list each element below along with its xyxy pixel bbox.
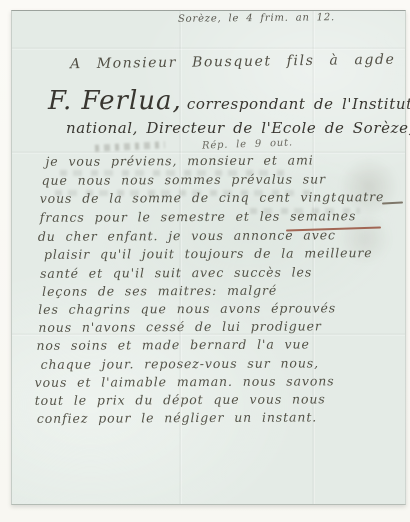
letter-photograph: Sorèze, le 4 frim. an 12. A Monsieur Bou… <box>0 0 410 522</box>
letter-line: confiez pour le négliger un instant. <box>37 409 317 425</box>
letter-line: chaque jour. reposez-vous sur nous, <box>40 355 318 371</box>
letter-line: leçons de ses maitres: malgré <box>42 283 277 299</box>
letter-line: vous et l'aimable maman. nous savons <box>35 373 335 390</box>
letter-line: francs pour le semestre et les semaines <box>40 208 357 225</box>
letter-line: que nous nous sommes prévalus sur <box>42 171 326 187</box>
letter-line: nos soins et made bernard l'a vue <box>36 336 309 352</box>
letter-line: tout le prix du dépot que vous nous <box>35 391 326 408</box>
letter-line: plaisir qu'il jouit toujours de la meill… <box>44 245 373 262</box>
letter-line: santé et qu'il suit avec succès les <box>40 264 312 280</box>
letter-body: je vous préviens, monsieur et ami que no… <box>0 0 410 522</box>
letter-line: je vous préviens, monsieur et ami <box>45 152 313 168</box>
letter-line: vous de la somme de cinq cent vingtquatr… <box>40 189 385 206</box>
letter-line: nous n'avons cessé de lui prodiguer <box>38 318 321 334</box>
letter-line: les chagrins que nous avons éprouvés <box>38 300 336 317</box>
